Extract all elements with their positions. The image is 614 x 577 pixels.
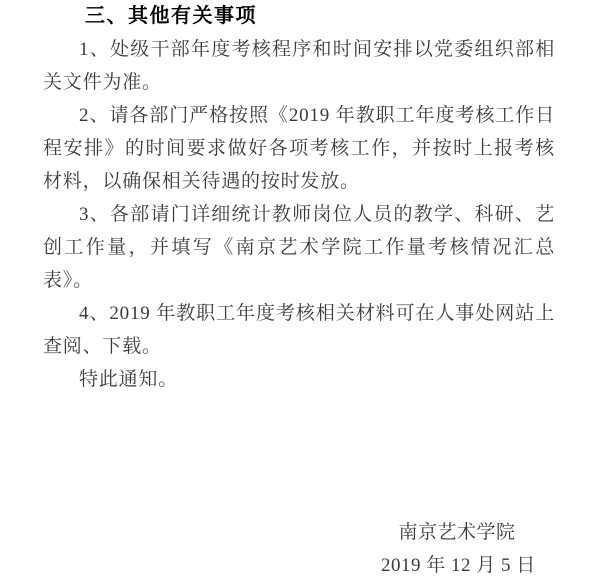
document-page: 三、其他有关事项 1、处级干部年度考核程序和时间安排以党委组织部相关文件为准。 … (0, 0, 614, 577)
closing-line: 特此通知。 (43, 363, 555, 396)
notice-body: 三、其他有关事项 1、处级干部年度考核程序和时间安排以党委组织部相关文件为准。 … (43, 0, 555, 577)
paragraph-2: 2、请各部门严格按照《2019 年教职工年度考核工作日程安排》的时间要求做好各项… (43, 99, 555, 198)
whitespace-gap (43, 396, 555, 516)
section-heading: 三、其他有关事项 (43, 0, 555, 33)
signature-date: 2019 年 12 月 5 日 (381, 549, 533, 577)
paragraph-3: 3、各部请门详细统计教师岗位人员的教学、科研、艺创工作量，并填写《南京艺术学院工… (43, 198, 555, 297)
signature-block: 南京艺术学院 2019 年 12 月 5 日 (381, 516, 533, 577)
signature-org: 南京艺术学院 (381, 516, 533, 549)
paragraph-1: 1、处级干部年度考核程序和时间安排以党委组织部相关文件为准。 (43, 33, 555, 99)
paragraph-4: 4、2019 年教职工年度考核相关材料可在人事处网站上查阅、下载。 (43, 297, 555, 363)
